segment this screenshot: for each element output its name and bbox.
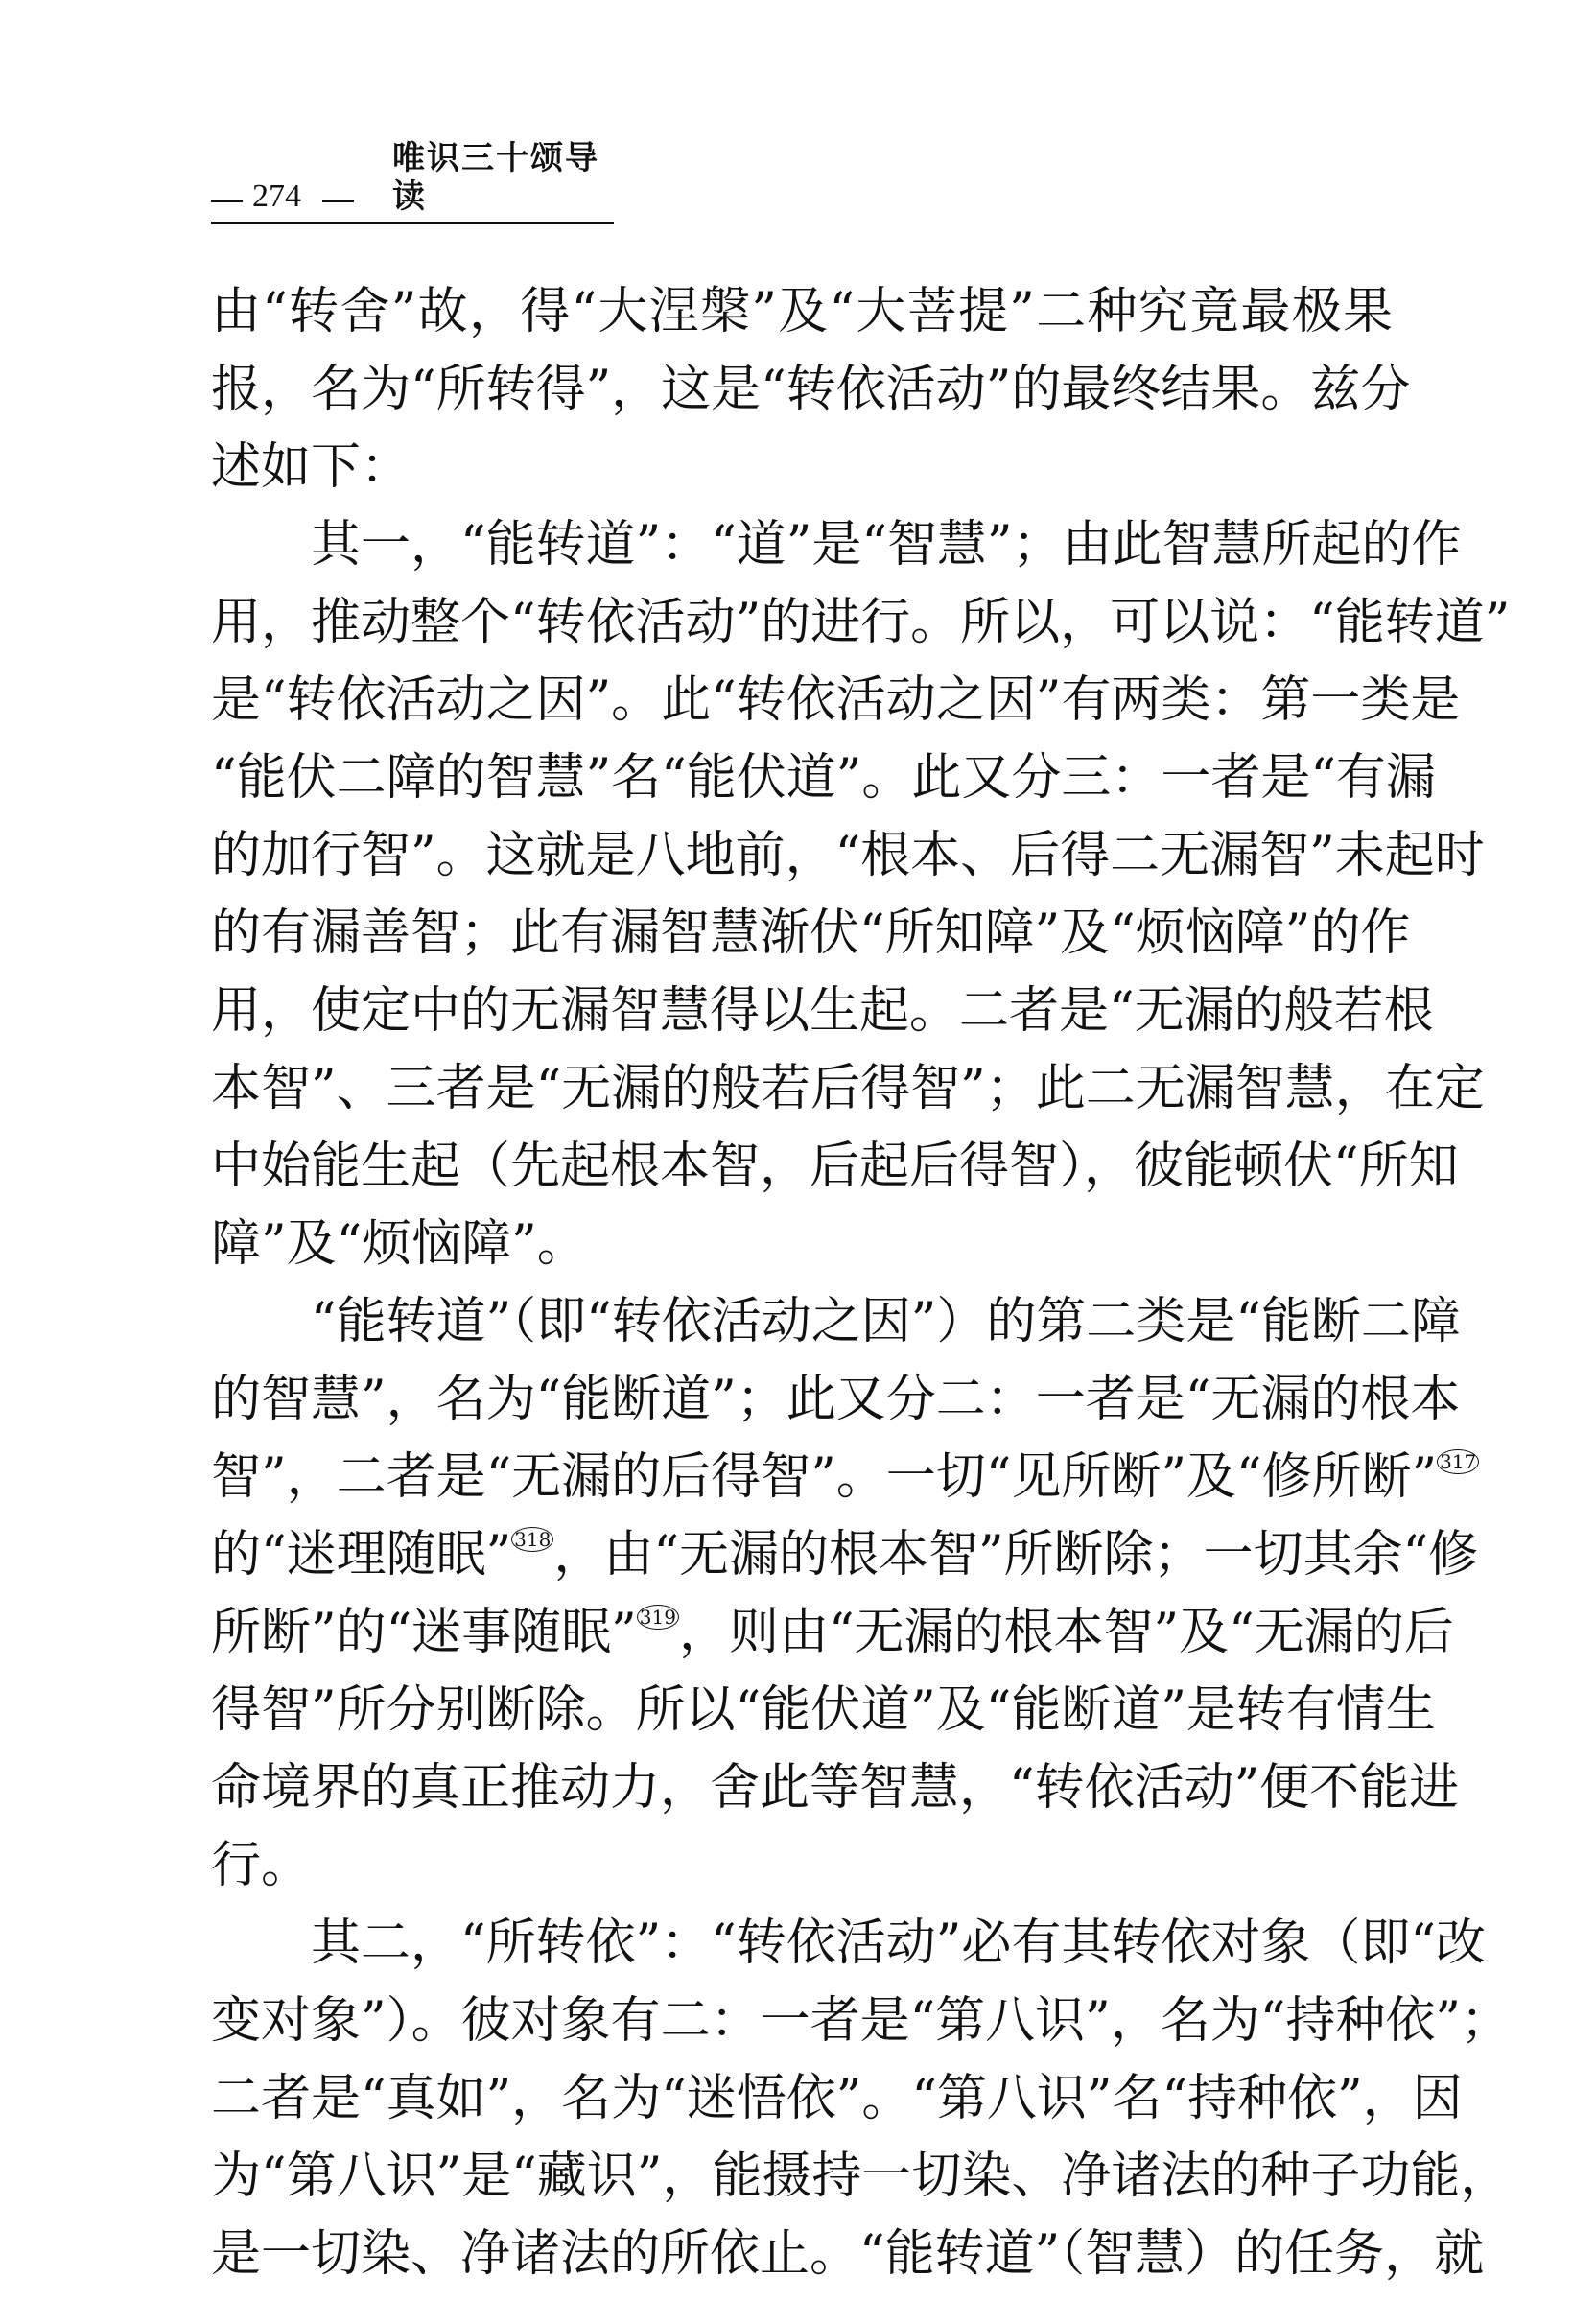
line-text: 为“第八识”是“藏识”，能摄持一切染、净诸法的种子功能， (211, 2148, 1510, 2205)
text-line: 其一，“能转道”：“道”是“智慧”；由此智慧所起的作 (211, 511, 1393, 589)
running-header: 274 唯识三十颂导读 (211, 171, 614, 224)
text-line: 其二，“所转依”：“转依活动”必有其转依对象（即“改 (211, 1910, 1393, 1987)
text-line: 的加行智”。这就是八地前，“根本、后得二无漏智”未起时 (211, 822, 1393, 900)
text-line: 的有漏善智；此有漏智慧渐伏“所知障”及“烦恼障”的作 (211, 900, 1393, 977)
footnote-marker[interactable]: 317 (1437, 1449, 1479, 1474)
line-text: 的智慧”，名为“能断道”；此又分二：一者是“无漏的根本 (211, 1371, 1460, 1428)
line-text-continued: ，则由“无漏的根本智”及“无漏的后 (679, 1604, 1454, 1661)
text-line: 用，使定中的无漏智慧得以生起。二者是“无漏的般若根 (211, 977, 1393, 1055)
line-text: 用，推动整个“转依活动”的进行。所以，可以说：“能转道” (211, 594, 1510, 651)
line-text: 所断”的“迷事随眠” (211, 1604, 637, 1661)
text-line: 是“转依活动之因”。此“转依活动之因”有两类：第一类是 (211, 667, 1393, 744)
line-text: 是“转依活动之因”。此“转依活动之因”有两类：第一类是 (211, 671, 1460, 729)
line-text: 命境界的真正推动力，舍此等智慧，“转依活动”便不能进 (211, 1759, 1459, 1817)
line-text: 用，使定中的无漏智慧得以生起。二者是“无漏的般若根 (211, 982, 1434, 1040)
line-text: 其一，“能转道”：“道”是“智慧”；由此智慧所起的作 (311, 516, 1462, 574)
line-text: 变对象”）。彼对象有二：一者是“第八识”，名为“持种依”； (211, 1992, 1511, 2050)
line-text: 的“迷理随眠” (211, 1526, 511, 1584)
footnote-marker[interactable]: 319 (637, 1605, 679, 1630)
header-dash (211, 200, 243, 202)
line-text: 智”，二者是“无漏的后得智”。一切“见所断”及“修所断” (211, 1448, 1437, 1506)
text-line: 行。 (211, 1832, 1393, 1910)
line-text: “能伏二障的智慧”名“能伏道”。此又分三：一者是“有漏 (211, 749, 1436, 807)
text-line: 得智”所分别断除。所以“能伏道”及“能断道”是转有情生 (211, 1677, 1393, 1754)
text-line: 述如下： (211, 434, 1393, 511)
text-line: 的智慧”，名为“能断道”；此又分二：一者是“无漏的根本 (211, 1366, 1393, 1444)
text-line: 所断”的“迷事随眠”319，则由“无漏的根本智”及“无漏的后 (211, 1599, 1393, 1677)
text-line: 是一切染、净诸法的所依止。“能转道”（智慧）的任务，就 (211, 2220, 1393, 2298)
text-line: 为“第八识”是“藏识”，能摄持一切染、净诸法的种子功能， (211, 2143, 1393, 2220)
line-text: 是一切染、净诸法的所依止。“能转道”（智慧）的任务，就 (211, 2225, 1484, 2283)
line-text: 本智”、三者是“无漏的般若后得智”；此二无漏智慧，在定 (211, 1060, 1485, 1117)
text-line: 中始能生起（先起根本智，后起后得智），彼能顿伏“所知 (211, 1133, 1393, 1210)
text-line: “能转道”（即“转依活动之因”）的第二类是“能断二障 (211, 1288, 1393, 1366)
text-line: 由“转舍”故，得“大涅槃”及“大菩提”二种究竟最极果 (211, 278, 1393, 356)
line-text: 述如下： (211, 438, 411, 496)
line-text: 的有漏善智；此有漏智慧渐伏“所知障”及“烦恼障”的作 (211, 904, 1410, 962)
text-line: 报，名为“所转得”，这是“转依活动”的最终结果。兹分 (211, 356, 1393, 434)
footnote-marker[interactable]: 318 (511, 1527, 553, 1552)
line-text: 得智”所分别断除。所以“能伏道”及“能断道”是转有情生 (211, 1681, 1436, 1739)
page-number: 274 (252, 177, 301, 216)
text-line: 变对象”）。彼对象有二：一者是“第八识”，名为“持种依”； (211, 1987, 1393, 2065)
line-text: 障”及“烦恼障”。 (211, 1215, 587, 1273)
line-text: 由“转舍”故，得“大涅槃”及“大菩提”二种究竟最极果 (211, 283, 1393, 340)
book-title: 唯识三十颂导读 (392, 139, 614, 216)
text-line: 障”及“烦恼障”。 (211, 1210, 1393, 1288)
text-line: “能伏二障的智慧”名“能伏道”。此又分三：一者是“有漏 (211, 744, 1393, 822)
text-line: 用，推动整个“转依活动”的进行。所以，可以说：“能转道” (211, 589, 1393, 667)
text-line: 命境界的真正推动力，舍此等智慧，“转依活动”便不能进 (211, 1754, 1393, 1832)
line-text: “能转道”（即“转依活动之因”）的第二类是“能断二障 (311, 1293, 1461, 1350)
text-line: 本智”、三者是“无漏的般若后得智”；此二无漏智慧，在定 (211, 1055, 1393, 1133)
line-text: 行。 (211, 1837, 311, 1894)
line-text: 报，名为“所转得”，这是“转依活动”的最终结果。兹分 (211, 361, 1410, 418)
line-text: 的加行智”。这就是八地前，“根本、后得二无漏智”未起时 (211, 827, 1485, 884)
line-text: 二者是“真如”，名为“迷悟依”。“第八识”名“持种依”，因 (211, 2070, 1463, 2127)
text-line: 智”，二者是“无漏的后得智”。一切“见所断”及“修所断”317 (211, 1444, 1393, 1521)
line-text: 其二，“所转依”：“转依活动”必有其转依对象（即“改 (311, 1914, 1486, 1972)
header-dash (322, 200, 354, 202)
line-text: 中始能生起（先起根本智，后起后得智），彼能顿伏“所知 (211, 1138, 1459, 1195)
text-line: 二者是“真如”，名为“迷悟依”。“第八识”名“持种依”，因 (211, 2065, 1393, 2143)
page-body: 由“转舍”故，得“大涅槃”及“大菩提”二种究竟最极果报，名为“所转得”，这是“转… (211, 278, 1393, 2298)
text-line: 的“迷理随眠”318，由“无漏的根本智”所断除；一切其余“修 (211, 1521, 1393, 1599)
line-text-continued: ，由“无漏的根本智”所断除；一切其余“修 (553, 1526, 1478, 1584)
